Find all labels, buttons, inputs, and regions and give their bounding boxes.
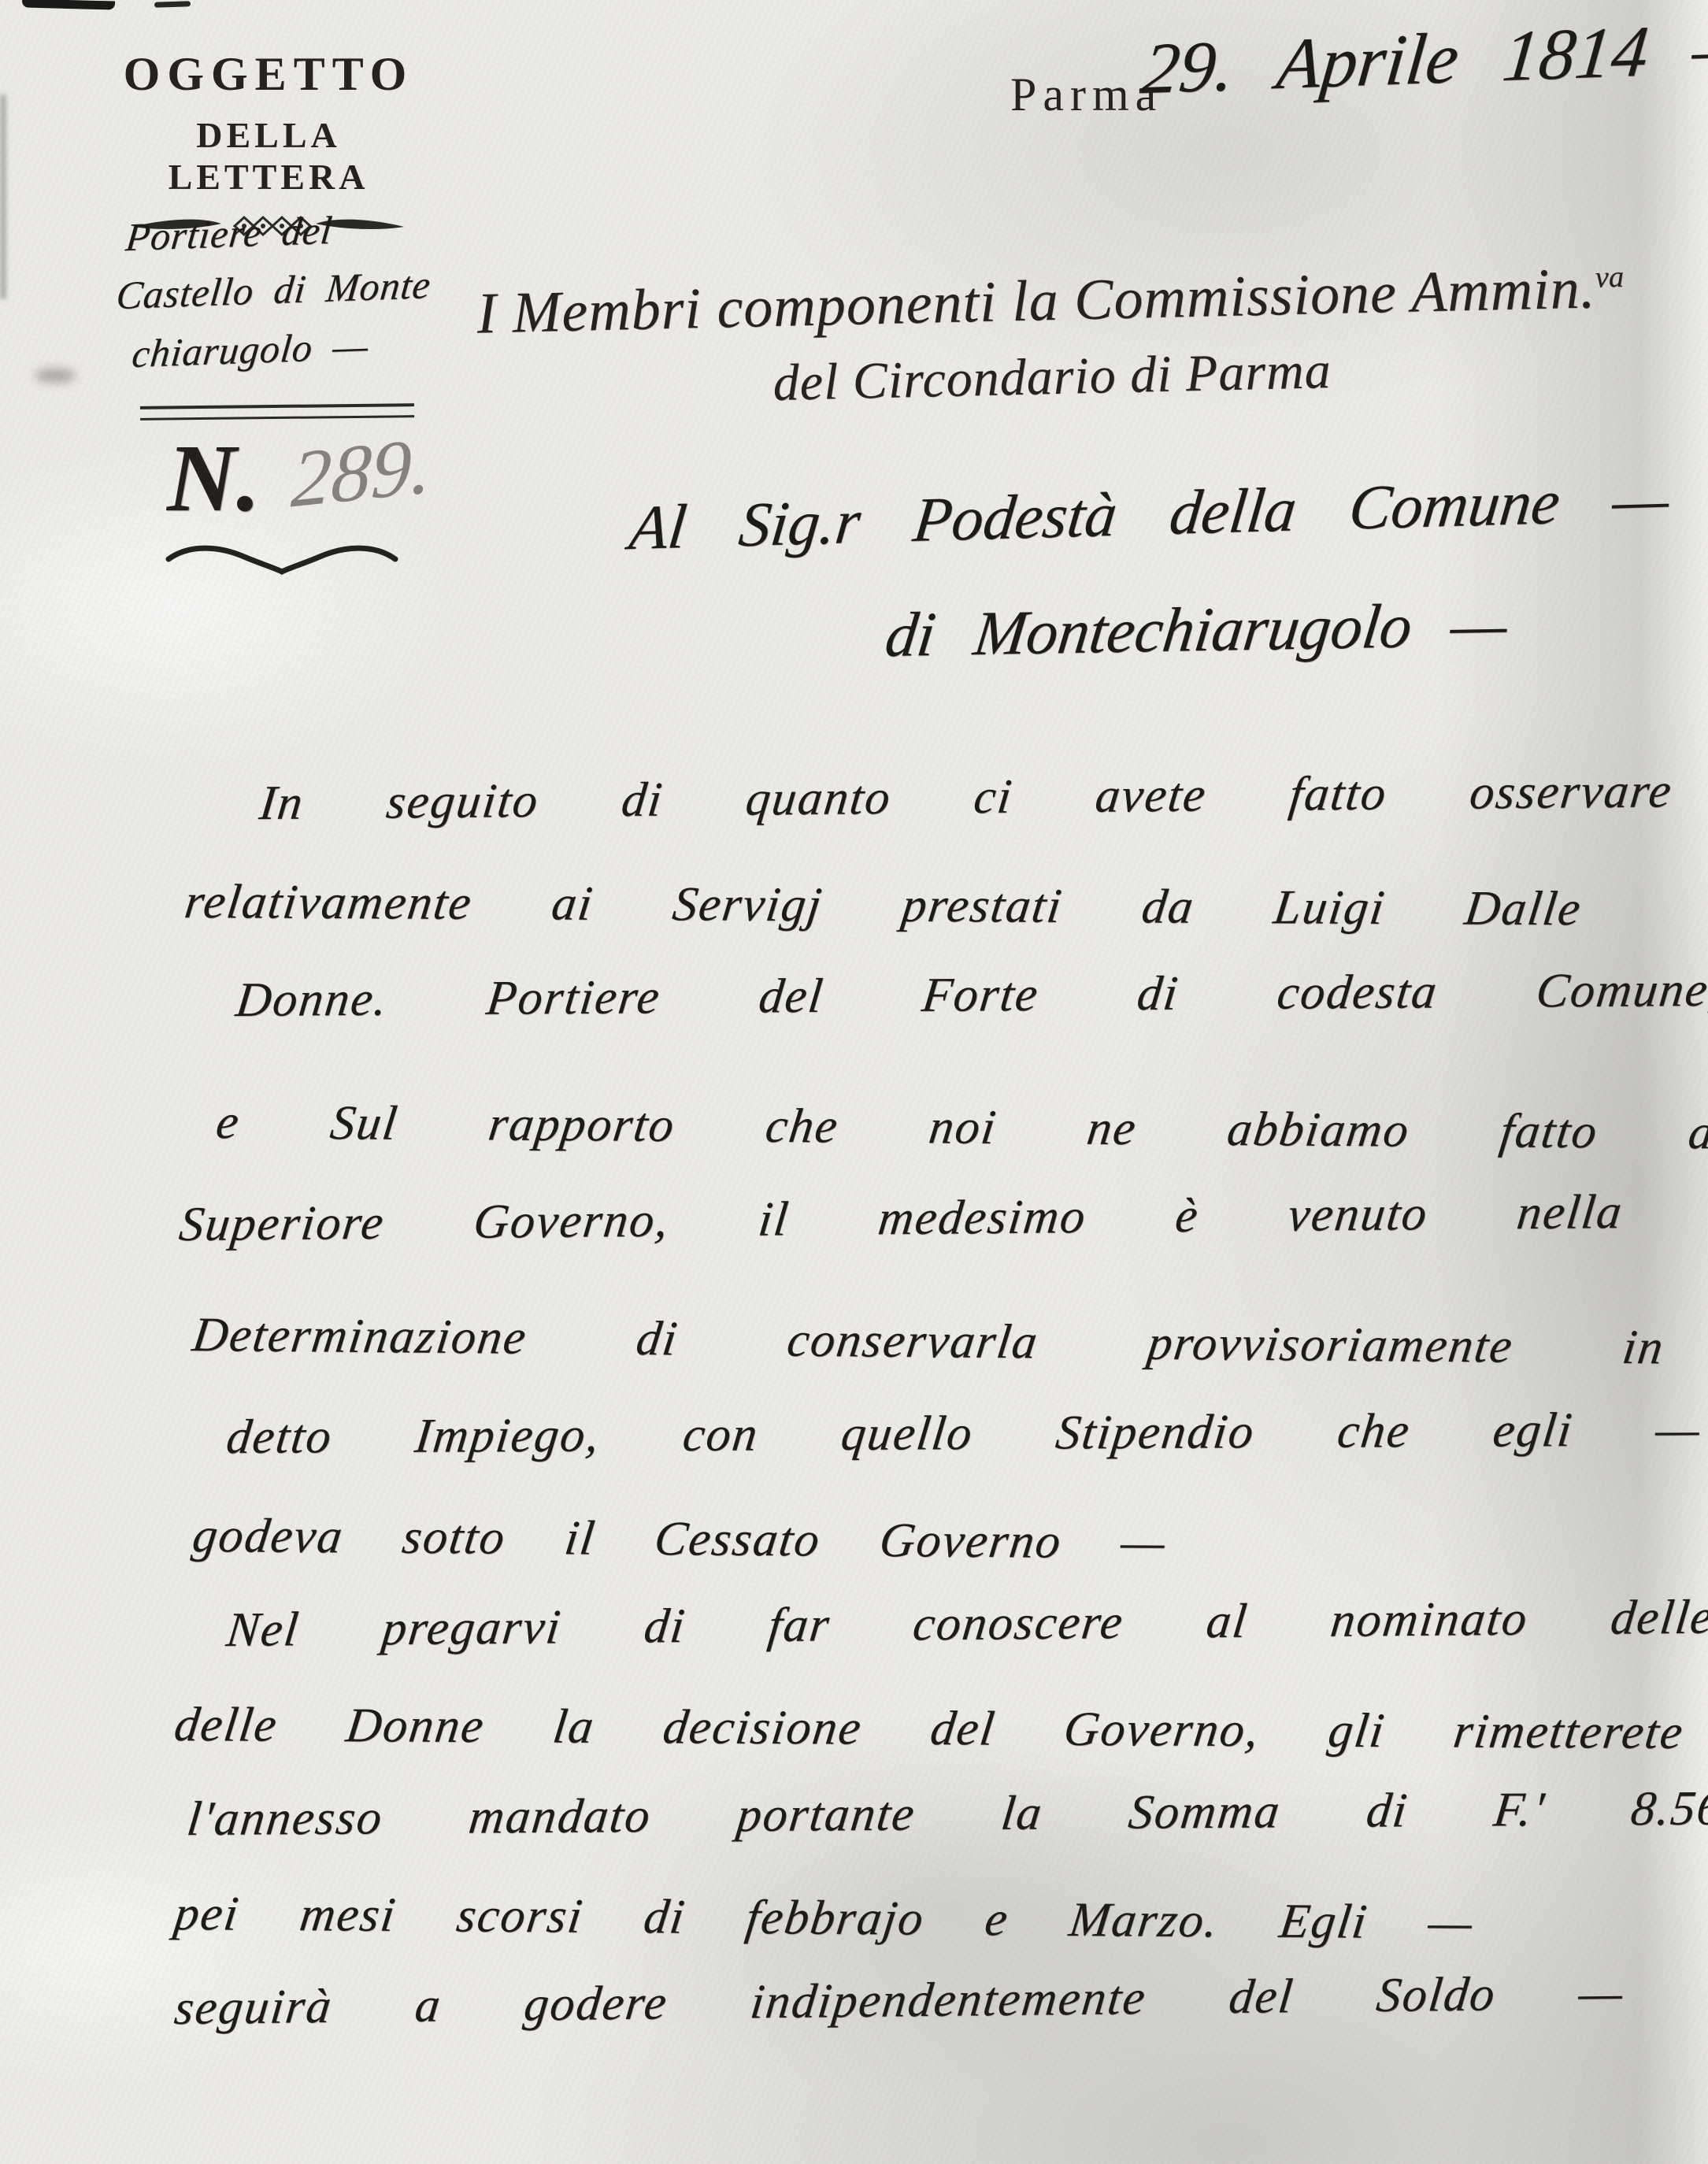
body-line: In seguito di quanto ci avete fatto osse… [257, 763, 1676, 832]
sender-heading: I Membri componenti la Commissione Ammin… [396, 253, 1706, 422]
number-label: N. [167, 425, 261, 532]
body-line: detto Impiego, con quello Stipendio che … [224, 1402, 1704, 1466]
number-value: 289. [289, 419, 434, 527]
sender-superscript: va [1595, 261, 1624, 295]
ink-smudge [35, 369, 76, 383]
body-line: Donne. Portiere del Forte di codesta Com… [233, 962, 1708, 1028]
body-line: pei mesi scorsi di febbrajo e Marzo. Egl… [171, 1886, 1476, 1951]
body-line: e Sul rapporto che noi ne abbiamo fatto … [213, 1095, 1708, 1161]
scan-artifact [22, 0, 115, 10]
dateline-place: Parma [1010, 68, 1162, 122]
dateline-date: 29. Aprile 1814 — [1139, 6, 1708, 111]
sender-heading-line1: I Membri componenti la Commissione Ammin… [396, 253, 1705, 350]
letter-number: N. 289. [167, 424, 431, 534]
body-line: Superiore Governo, il medesimo è venuto … [176, 1183, 1708, 1253]
body-line: seguirà a godere indipendentemente del S… [172, 1966, 1627, 2036]
sender-line1-text: I Membri componenti la Commissione Ammin… [476, 256, 1596, 346]
body-line: relativamente ai Servigj prestati da Lui… [181, 874, 1584, 937]
body-line: delle Donne la decisione del Governo, gl… [171, 1697, 1687, 1761]
body-line: godeva sotto il Cessato Governo — [189, 1508, 1169, 1571]
body-line: Nel pregarvi di far conoscere al nominat… [224, 1589, 1708, 1658]
scanned-letter-page: OGGETTO DELLA LETTERA Portiere del Caste… [0, 0, 1708, 2164]
body-line: l'annesso mandato portante la Somma di F… [184, 1780, 1708, 1847]
recipient-line2: di Montechiarugolo — [881, 589, 1511, 672]
scan-edge-shadow [0, 94, 6, 299]
sender-heading-line2: del Circondario di Parma [398, 332, 1706, 422]
letterhead-title-line2: DELLA LETTERA [106, 114, 431, 198]
body-line: Determinazione di conservarla provvisori… [189, 1307, 1668, 1376]
scan-artifact [154, 1, 191, 8]
brace-flourish-icon [164, 542, 400, 581]
recipient-line1: Al Sig.r Podestà della Comune — [626, 464, 1673, 565]
letterhead-title-line1: OGGETTO [106, 47, 431, 102]
double-rule-divider [140, 403, 414, 421]
